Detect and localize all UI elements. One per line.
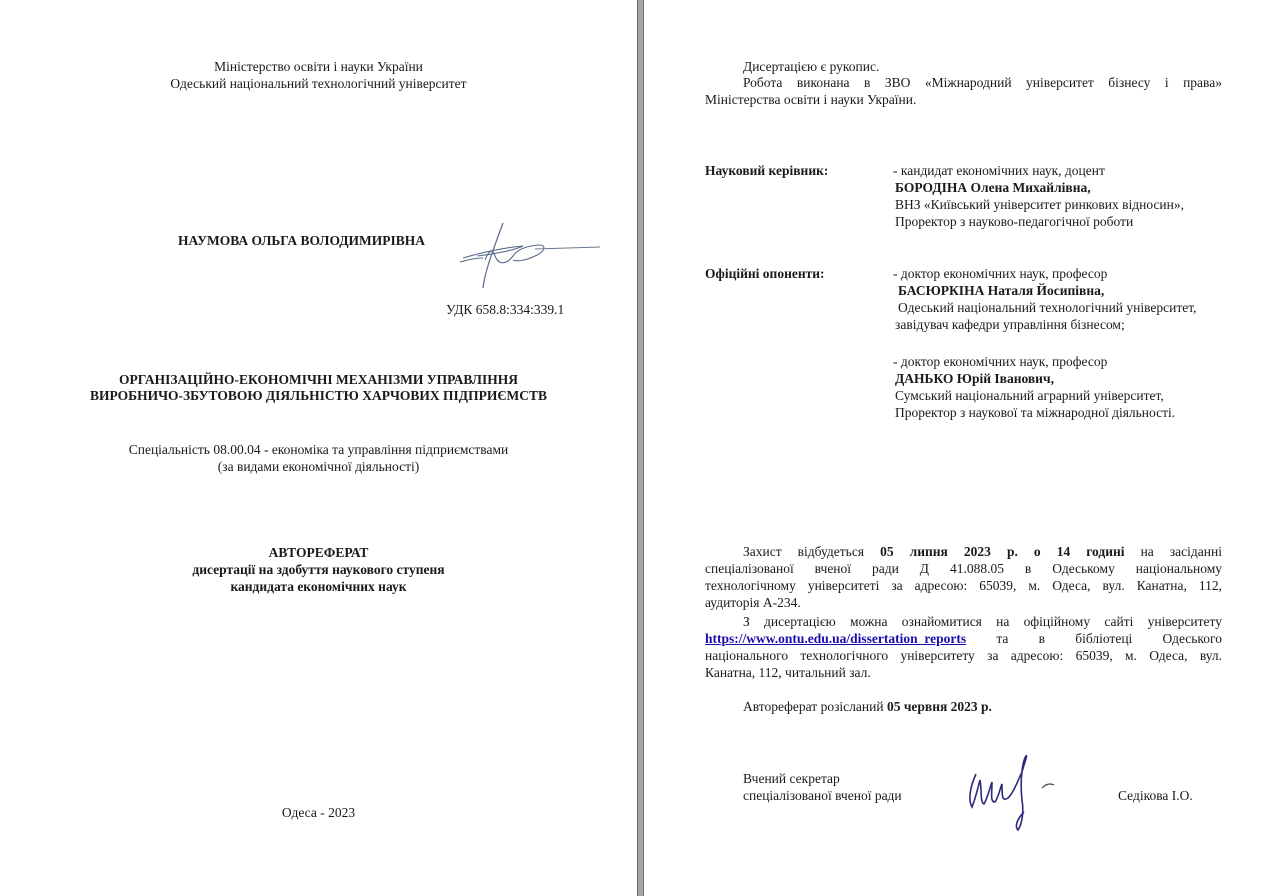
opponent-1-org: Одеський національний технологічний унів…: [898, 299, 1197, 316]
author-signature-icon: [455, 220, 605, 295]
library-line-3: національного технологічного університет…: [705, 647, 1222, 664]
secretary-title-line-2: спеціалізованої вченої ради: [743, 787, 902, 804]
opponent-1-degree: - доктор економічних наук, професор: [893, 265, 1107, 282]
defense-line-4: аудиторія А-234.: [705, 594, 1222, 611]
sent-date: 05 червня 2023 р.: [887, 699, 992, 714]
library-paragraph: З дисертацією можна ознайомитися на офіц…: [705, 613, 1222, 681]
work-done-paragraph: Робота виконана в ЗВО «Міжнародний уніве…: [705, 74, 1222, 108]
abstract-subtitle-line-1: дисертації на здобуття наукового ступеня: [0, 561, 637, 578]
opponents-label: Офіційні опоненти:: [705, 265, 825, 282]
opponent-1-name: БАСЮРКІНА Наталя Йосипівна,: [898, 282, 1104, 299]
opponent-2-degree: - доктор економічних наук, професор: [893, 353, 1107, 370]
left-page: Міністерство освіти і науки України Одес…: [0, 0, 637, 896]
opponent-1-position: завідувач кафедри управління бізнесом;: [895, 316, 1125, 333]
secretary-name: Седікова І.О.: [1118, 787, 1193, 804]
right-page: Дисертацією є рукопис. Робота виконана в…: [644, 0, 1280, 896]
library-line-1: З дисертацією можна ознайомитися на офіц…: [705, 613, 1222, 630]
supervisor-position: Проректор з науково-педагогічної роботи: [895, 213, 1133, 230]
abstract-title: АВТОРЕФЕРАТ: [0, 544, 637, 561]
defense-paragraph: Захист відбудеться 05 липня 2023 р. о 14…: [705, 543, 1222, 611]
opponent-2-org: Сумський національний аграрний університ…: [895, 387, 1164, 404]
udc-code: УДК 658.8:334:339.1: [446, 301, 564, 318]
dissertation-title-line-2: ВИРОБНИЧО-ЗБУТОВОЮ ДІЯЛЬНІСТЮ ХАРЧОВИХ П…: [0, 387, 637, 404]
opponent-2-name: ДАНЬКО Юрій Іванович,: [895, 370, 1054, 387]
manuscript-note: Дисертацією є рукопис.: [743, 58, 879, 75]
defense-line-1: Захист відбудеться 05 липня 2023 р. о 14…: [705, 543, 1222, 560]
defense-line-2: спеціалізованої вченої ради Д 41.088.05 …: [705, 560, 1222, 577]
city-year: Одеса - 2023: [0, 804, 637, 821]
specialty-line-2: (за видами економічної діяльності): [0, 458, 637, 475]
defense-line-3: технологічному університеті за адресою: …: [705, 577, 1222, 594]
library-line-2: https://www.ontu.edu.ua/dissertation_rep…: [705, 630, 1222, 647]
work-done-line-1: Робота виконана в ЗВО «Міжнародний уніве…: [705, 74, 1222, 91]
ministry-name: Міністерство освіти і науки України: [0, 58, 637, 75]
supervisor-name: БОРОДІНА Олена Михайлівна,: [895, 179, 1091, 196]
defense-date: 05 липня 2023 р. о 14 годині: [880, 544, 1124, 559]
dissertation-title-line-1: ОРГАНІЗАЦІЙНО-ЕКОНОМІЧНІ МЕХАНІЗМИ УПРАВ…: [0, 371, 637, 388]
dissertation-reports-link[interactable]: https://www.ontu.edu.ua/dissertation_rep…: [705, 631, 966, 646]
page-divider: [637, 0, 644, 896]
secretary-title-line-1: Вчений секретар: [743, 770, 840, 787]
work-done-line-2: Міністерства освіти і науки України.: [705, 91, 1222, 108]
abstract-subtitle-line-2: кандидата економічних наук: [0, 578, 637, 595]
library-line-4: Канатна, 112, читальний зал.: [705, 664, 1222, 681]
supervisor-org: ВНЗ «Київський університет ринкових відн…: [895, 196, 1184, 213]
author-name: НАУМОВА ОЛЬГА ВОЛОДИМИРІВНА: [178, 232, 425, 249]
university-name: Одеський національний технологічний унів…: [0, 75, 637, 92]
specialty-line-1: Спеціальність 08.00.04 - економіка та уп…: [0, 441, 637, 458]
abstract-sent: Автореферат розісланий 05 червня 2023 р.: [743, 698, 992, 715]
supervisor-degree: - кандидат економічних наук, доцент: [893, 162, 1105, 179]
supervisor-label: Науковий керівник:: [705, 162, 828, 179]
secretary-signature-icon: [962, 752, 1072, 832]
opponent-2-position: Проректор з наукової та міжнародної діял…: [895, 404, 1175, 421]
